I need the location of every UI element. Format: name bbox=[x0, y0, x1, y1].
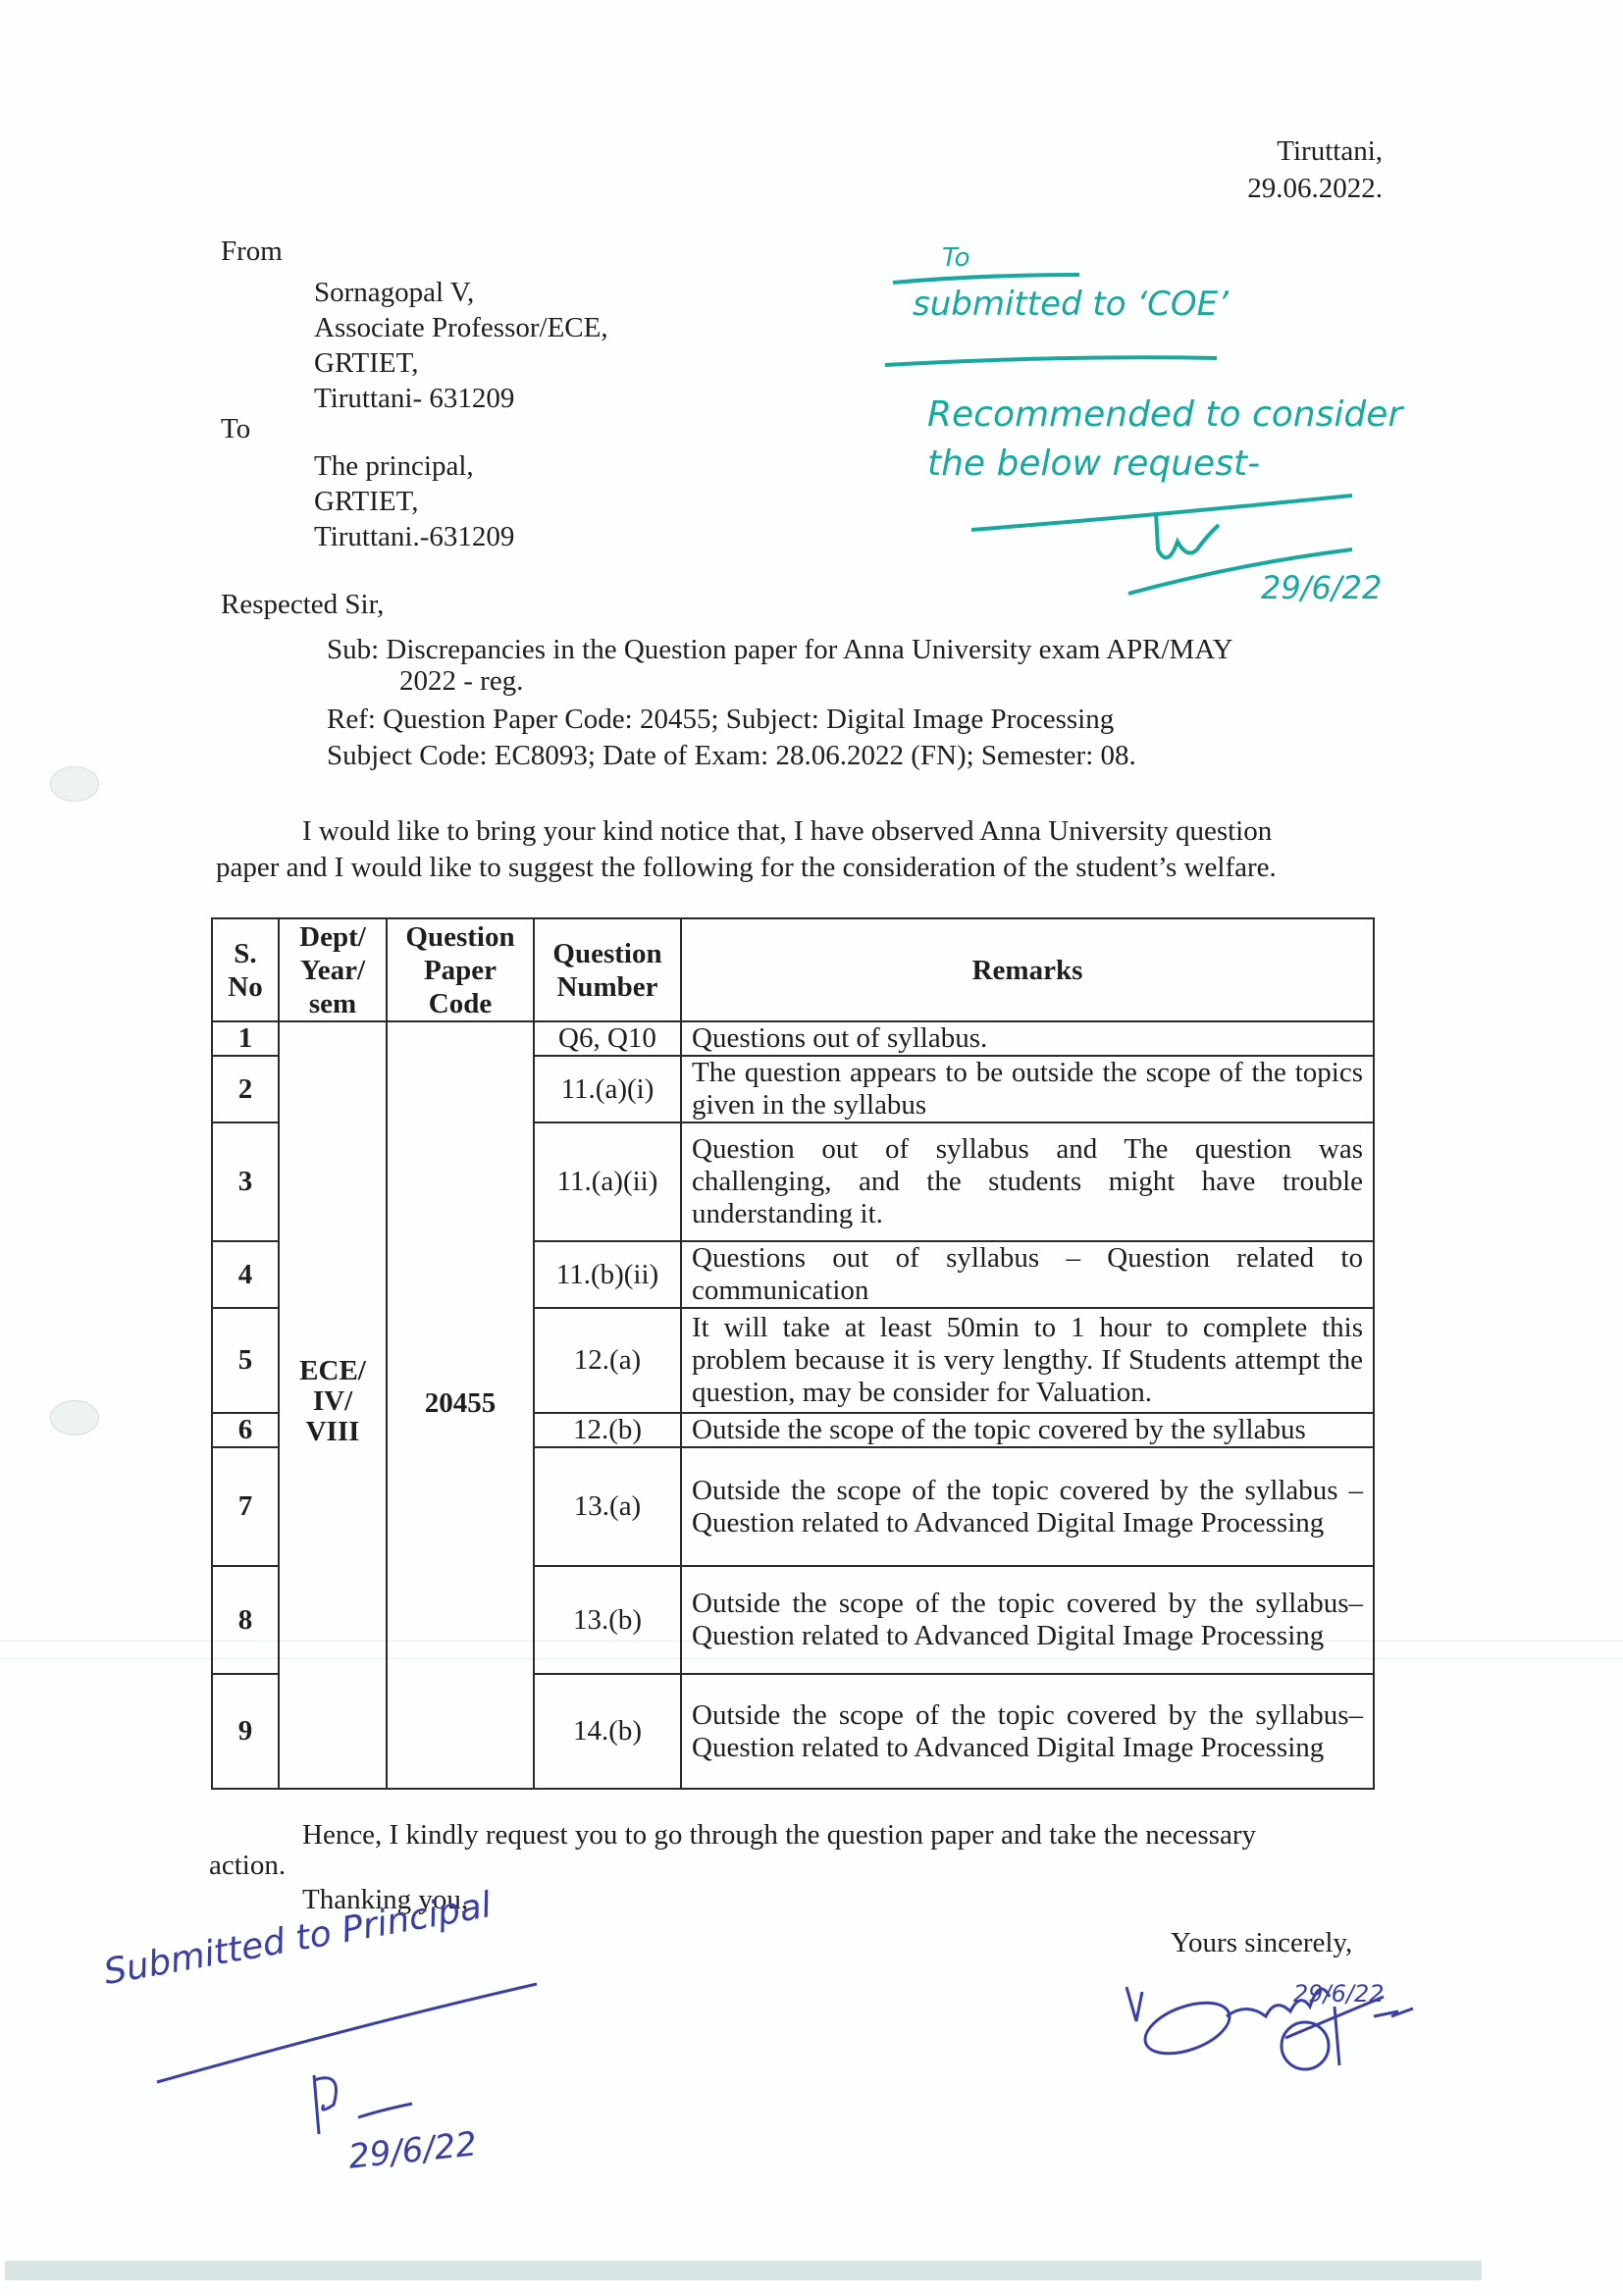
to-line: The principal, bbox=[314, 448, 514, 484]
punch-hole-top bbox=[51, 767, 98, 801]
row-question-number: 12.(a) bbox=[534, 1308, 681, 1413]
teal-note-to: To bbox=[942, 243, 970, 273]
salutation: Respected Sir, bbox=[221, 587, 384, 622]
teal-note-submitted: submitted to ‘COE’ bbox=[913, 285, 1229, 324]
row-remark: Questions out of syllabus – Question rel… bbox=[681, 1241, 1374, 1308]
from-address: Sornagopal V, Associate Professor/ECE, G… bbox=[314, 275, 608, 416]
row-remark: The question appears to be outside the s… bbox=[681, 1056, 1374, 1122]
row-question-number: 13.(b) bbox=[534, 1566, 681, 1674]
row-sno: 1 bbox=[212, 1021, 279, 1056]
scan-bottom-band bbox=[5, 2261, 1482, 2280]
row-question-number: 13.(a) bbox=[534, 1447, 681, 1566]
from-line: Sornagopal V, bbox=[314, 275, 608, 310]
header-question-number: QuestionNumber bbox=[534, 918, 681, 1021]
header-sno: S.No bbox=[212, 918, 279, 1021]
row-sno: 5 bbox=[212, 1308, 279, 1413]
row-sno: 2 bbox=[212, 1056, 279, 1122]
row-remark: Outside the scope of the topic covered b… bbox=[681, 1674, 1374, 1789]
row-sno: 6 bbox=[212, 1413, 279, 1447]
to-address: The principal, GRTIET, Tiruttani.-631209 bbox=[314, 448, 514, 554]
row-question-number: 11.(b)(ii) bbox=[534, 1241, 681, 1308]
teal-note-date: 29/6/22 bbox=[1261, 569, 1382, 606]
to-line: Tiruttani.-631209 bbox=[314, 519, 514, 554]
row-question-number: 11.(a)(ii) bbox=[534, 1122, 681, 1241]
row-question-number: 14.(b) bbox=[534, 1674, 681, 1789]
from-label: From bbox=[221, 234, 283, 269]
header-paper-code: QuestionPaperCode bbox=[387, 918, 534, 1021]
to-line: GRTIET, bbox=[314, 484, 514, 519]
subject-line-1: Sub: Discrepancies in the Question paper… bbox=[327, 632, 1233, 667]
table-header-row: S.No Dept/Year/sem QuestionPaperCode Que… bbox=[212, 918, 1374, 1021]
from-line: GRTIET, bbox=[314, 345, 608, 381]
intro-line-2: paper and I would like to suggest the fo… bbox=[216, 850, 1277, 885]
row-remark: Question out of syllabus and The questio… bbox=[681, 1122, 1374, 1241]
punch-hole-bottom bbox=[51, 1401, 98, 1435]
header-remarks: Remarks bbox=[681, 918, 1374, 1021]
letter-date: 29.06.2022. bbox=[1247, 171, 1383, 206]
subject-line-2: 2022 - reg. bbox=[399, 663, 523, 699]
discrepancy-table: S.No Dept/Year/sem QuestionPaperCode Que… bbox=[211, 917, 1375, 1790]
teal-note-recommend-1: Recommended to consider bbox=[927, 394, 1402, 435]
reference-line-1: Ref: Question Paper Code: 20455; Subject… bbox=[327, 702, 1114, 737]
header-dept: Dept/Year/sem bbox=[279, 918, 387, 1021]
row-sno: 3 bbox=[212, 1122, 279, 1241]
row-sno: 7 bbox=[212, 1447, 279, 1566]
dept-year-sem: ECE/IV/VIII bbox=[279, 1021, 387, 1789]
intro-line-1: I would like to bring your kind notice t… bbox=[302, 813, 1272, 849]
signature-date: 29/6/22 bbox=[1293, 1980, 1385, 2008]
closing-line-1: Hence, I kindly request you to go throug… bbox=[302, 1817, 1256, 1852]
row-question-number: Q6, Q10 bbox=[534, 1021, 681, 1056]
row-remark: Questions out of syllabus. bbox=[681, 1021, 1374, 1056]
row-sno: 9 bbox=[212, 1674, 279, 1789]
question-paper-code: 20455 bbox=[387, 1021, 534, 1789]
to-label: To bbox=[221, 411, 250, 446]
table-row: 1ECE/IV/VIII20455Q6, Q10Questions out of… bbox=[212, 1021, 1374, 1056]
row-remark: It will take at least 50min to 1 hour to… bbox=[681, 1308, 1374, 1413]
row-sno: 8 bbox=[212, 1566, 279, 1674]
row-remark: Outside the scope of the topic covered b… bbox=[681, 1566, 1374, 1674]
from-line: Associate Professor/ECE, bbox=[314, 310, 608, 345]
row-question-number: 11.(a)(i) bbox=[534, 1056, 681, 1122]
row-remark: Outside the scope of the topic covered b… bbox=[681, 1447, 1374, 1566]
closing-line-2: action. bbox=[209, 1848, 286, 1883]
author-signature bbox=[1119, 1948, 1433, 2075]
row-sno: 4 bbox=[212, 1241, 279, 1308]
reference-line-2: Subject Code: EC8093; Date of Exam: 28.0… bbox=[327, 738, 1136, 773]
place: Tiruttani, bbox=[1277, 133, 1383, 169]
teal-note-recommend-2: the below request- bbox=[927, 444, 1260, 484]
row-remark: Outside the scope of the topic covered b… bbox=[681, 1413, 1374, 1447]
row-question-number: 12.(b) bbox=[534, 1413, 681, 1447]
from-line: Tiruttani- 631209 bbox=[314, 381, 608, 416]
